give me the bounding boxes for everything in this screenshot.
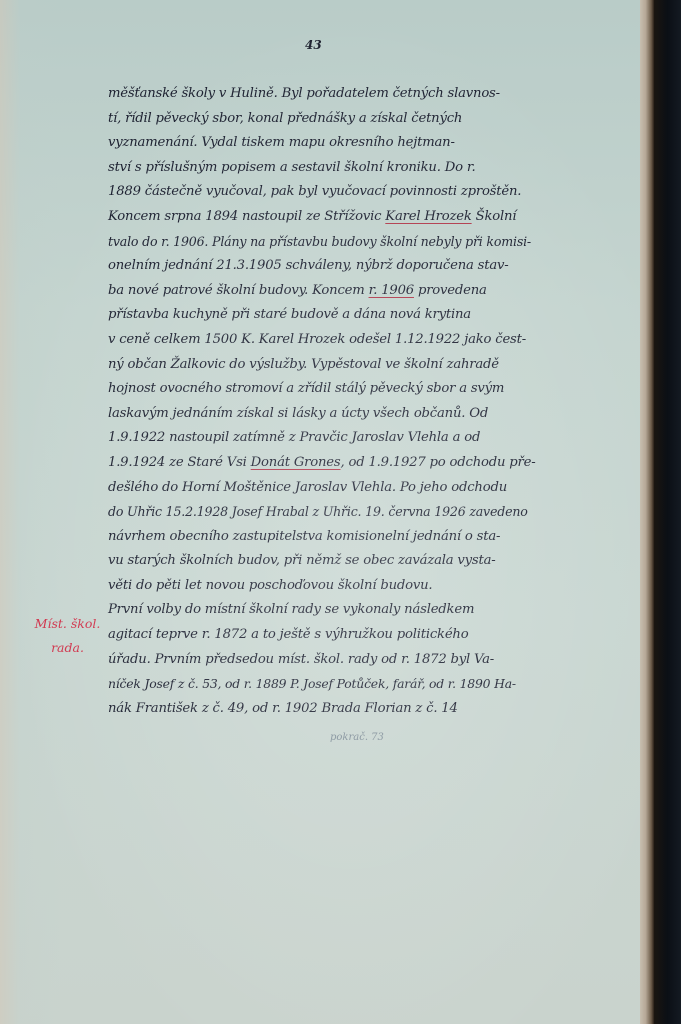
text-line: dešlého do Horní Moštěnice Jaroslav Vleh… [108, 476, 648, 501]
text-line: hojnost ovocného stromoví a zřídil stálý… [108, 377, 648, 402]
margin-heading-local-school-board: Míst. škol. rada. [30, 612, 105, 660]
text-line: laskavým jednáním získal si lásky a úcty… [108, 402, 648, 427]
text-segment: Koncem srpna 1894 nastoupil ze Střížovic [108, 209, 385, 224]
text-segment: Školní [472, 209, 517, 224]
page-number: 43 [305, 38, 322, 52]
text-segment: ba nové patrové školní budovy. Koncem [108, 283, 369, 298]
text-line: do Uhřic 15.2.1928 Josef Hrabal z Uhřic.… [108, 500, 648, 525]
margin-note-line-2: rada. [30, 636, 105, 660]
underlined-name-karel-hrozek: Karel Hrozek [385, 209, 471, 224]
pencil-continuation-note: pokrač. 73 [330, 732, 384, 743]
text-line: níček Josef z č. 53, od r. 1889 P. Josef… [108, 672, 648, 697]
text-line: vyznamenání. Vydal tiskem mapu okresního… [108, 131, 648, 156]
text-line: tvalo do r. 1906. Plány na přístavbu bud… [108, 230, 648, 255]
text-segment: provedena [414, 283, 487, 298]
book-binding [654, 0, 681, 1024]
text-line: věti do pěti let novou poschoďovou školn… [108, 574, 648, 599]
text-line: agitací teprve r. 1872 a to ještě s výhr… [108, 623, 648, 648]
text-line: vu starých školních budov, při němž se o… [108, 549, 648, 574]
text-line: První volby do místní školní rady se vyk… [108, 598, 648, 623]
page-edge [640, 0, 654, 1024]
text-line: návrhem obecního zastupitelstva komision… [108, 525, 648, 550]
text-line: v ceně celkem 1500 K. Karel Hrozek odeše… [108, 328, 648, 353]
text-line: ství s příslušným popisem a sestavil ško… [108, 156, 648, 181]
text-line: ba nové patrové školní budovy. Koncem r.… [108, 279, 648, 304]
text-segment: , od 1.9.1927 po odchodu pře- [340, 455, 535, 470]
underlined-year-1906: r. 1906 [369, 283, 414, 298]
underlined-name-donat-grones: Donát Grones [251, 455, 341, 470]
text-segment: 1.9.1924 ze Staré Vsi [108, 455, 251, 470]
text-line: tí, řídil pěvecký sbor, konal přednášky … [108, 107, 648, 132]
margin-note-line-1: Míst. škol. [30, 612, 105, 636]
text-line: 1.9.1922 nastoupil zatímně z Pravčic Jar… [108, 426, 648, 451]
text-line: nák František z č. 49, od r. 1902 Brada … [108, 697, 648, 722]
text-line: úřadu. Prvním předsedou míst. škol. rady… [108, 648, 648, 673]
manuscript-page: 43 Míst. škol. rada. měšťanské školy v H… [0, 0, 640, 1024]
text-line: ný občan Žalkovic do výslužby. Vypěstova… [108, 353, 648, 378]
handwritten-text-block: měšťanské školy v Hulině. Byl pořadatele… [108, 82, 648, 721]
text-line: onelním jednání 21.3.1905 schváleny, nýb… [108, 254, 648, 279]
text-line: Koncem srpna 1894 nastoupil ze Střížovic… [108, 205, 648, 230]
text-line: měšťanské školy v Hulině. Byl pořadatele… [108, 82, 648, 107]
text-line: 1889 částečně vyučoval, pak byl vyučovac… [108, 180, 648, 205]
text-line: 1.9.1924 ze Staré Vsi Donát Grones, od 1… [108, 451, 648, 476]
text-line: přístavba kuchyně při staré budově a dán… [108, 303, 648, 328]
